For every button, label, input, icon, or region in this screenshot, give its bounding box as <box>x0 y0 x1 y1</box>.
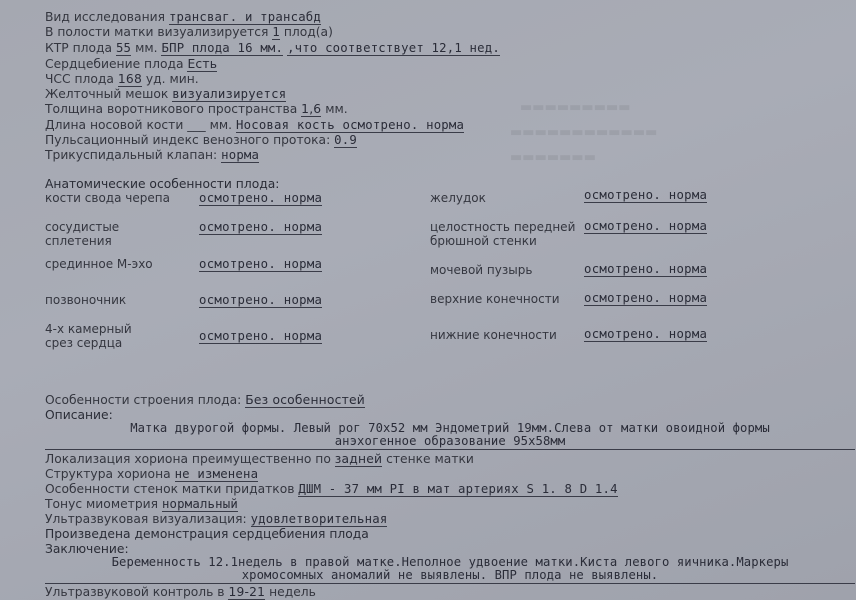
anatomy-left-label: сосудистые сплетения <box>45 220 155 248</box>
myometrium-tone-value: нормальный <box>162 497 238 512</box>
chorion-structure-value: не изменена <box>175 467 259 482</box>
nuchal-value: 1,6 <box>301 102 321 117</box>
heart-rate-value: 168 <box>118 72 142 87</box>
anatomy-left-value: осмотрено. норма <box>199 191 322 206</box>
anatomy-left-value: осмотрено. норма <box>199 257 322 272</box>
tricuspid-value: норма <box>221 148 259 163</box>
heartbeat-demo-text: Произведена демонстрация сердцебиения пл… <box>45 527 369 541</box>
nasal-bone-row: Длина носовой кости ___ мм. Носовая кост… <box>45 118 464 132</box>
gestational-age-value: ,что соответствует 12,1 нед. <box>287 41 500 56</box>
anatomy-left-label: кости свода черепа <box>45 191 205 205</box>
anatomy-title: Анатомические особенности плода: <box>45 177 279 191</box>
fetus-count-row: В полости матки визуализируется 1 плод(а… <box>45 25 333 39</box>
biometry-row: КТР плода 55 мм. БПР плода 16 мм. ,что с… <box>45 41 500 55</box>
bleed-through-text: ▬▬▬▬▬▬▬▬▬▬▬▬ <box>510 125 657 140</box>
structure-row: Особенности строения плода: Без особенно… <box>45 393 365 407</box>
myometrium-tone-row: Тонус миометрия нормальный <box>45 497 238 511</box>
visualization-value: удовлетворительная <box>251 512 388 527</box>
anatomy-right-label: мочевой пузырь <box>430 263 590 277</box>
anatomy-right-label: желудок <box>430 191 590 205</box>
followup-value: 19-21 <box>228 585 265 600</box>
fetus-count-value: 1 <box>272 25 280 40</box>
anatomy-right-value: осмотрено. норма <box>584 291 707 306</box>
study-type-value: трансваг. и трансабд <box>169 10 321 25</box>
ktr-value: 55 <box>116 41 131 56</box>
chorion-location-row: Локализация хориона преимущественно по з… <box>45 452 474 466</box>
anatomy-right-value: осмотрено. норма <box>584 327 707 342</box>
anatomy-right-value: осмотрено. норма <box>584 262 707 277</box>
heartbeat-row: Сердцебиение плода Есть <box>45 57 217 71</box>
tricuspid-row: Трикуспидальный клапан: норма <box>45 148 259 162</box>
anatomy-left-label: позвоночник <box>45 293 205 307</box>
bleed-through-text: ▬▬▬▬▬▬▬ <box>510 150 596 165</box>
followup-row: Ультразвуковой контроль в 19-21 недель <box>45 585 316 599</box>
nasal-bone-length: ___ <box>187 118 205 132</box>
visualization-row: Ультразвуковая визуализация: удовлетвори… <box>45 512 387 526</box>
heart-rate-row: ЧСС плода 168 уд. мин. <box>45 72 199 86</box>
yolk-sac-value: визуализируется <box>172 87 286 102</box>
structure-value: Без особенностей <box>245 393 365 408</box>
venous-pi-value: 0.9 <box>334 133 357 148</box>
anatomy-right-value: осмотрено. норма <box>584 188 707 203</box>
heartbeat-value: Есть <box>187 57 217 72</box>
nuchal-row: Толщина воротникового пространства 1,6 м… <box>45 102 348 116</box>
uterine-walls-value: ДШМ - 37 мм PI в мат артериях S 1. 8 D 1… <box>298 482 617 497</box>
anatomy-left-value: осмотрено. норма <box>199 220 322 235</box>
anatomy-right-label: целостность передней брюшной стенки <box>430 220 582 248</box>
anatomy-left-label: срединное М-эхо <box>45 257 205 271</box>
yolk-sac-row: Желточный мешок визуализируется <box>45 87 286 101</box>
anatomy-right-label: нижние конечности <box>430 328 590 342</box>
ultrasound-report-page: ▬▬▬▬▬▬▬▬▬ ▬▬▬▬▬▬▬▬▬▬▬▬ ▬▬▬▬▬▬▬ Вид иссле… <box>0 0 856 600</box>
conclusion-label: Заключение: <box>45 542 129 556</box>
bpr-value: БПР плода 16 мм. <box>161 41 283 56</box>
study-type-row: Вид исследования трансваг. и трансабд <box>45 10 321 24</box>
anatomy-right-value: осмотрено. норма <box>584 219 707 234</box>
uterine-walls-row: Особенности стенок матки придатков ДШМ -… <box>45 482 618 496</box>
description-text: Матка двурогой формы. Левый рог 70x52 мм… <box>45 422 855 450</box>
anatomy-left-label: 4-х камерный срез сердца <box>45 322 145 350</box>
chorion-structure-row: Структура хориона не изменена <box>45 467 258 481</box>
conclusion-text: Беременность 12.1недель в правой матке.Н… <box>45 556 855 584</box>
anatomy-right-label: верхние конечности <box>430 292 590 306</box>
anatomy-left-value: осмотрено. норма <box>199 329 322 344</box>
venous-pi-row: Пульсационный индекс венозного протока: … <box>45 133 357 147</box>
chorion-location-value: задней <box>335 452 382 467</box>
description-label: Описание: <box>45 408 113 422</box>
anatomy-left-value: осмотрено. норма <box>199 293 322 308</box>
bleed-through-text: ▬▬▬▬▬▬▬▬▬ <box>520 100 631 115</box>
nasal-bone-note: Носовая кость осмотрено. норма <box>236 118 464 133</box>
